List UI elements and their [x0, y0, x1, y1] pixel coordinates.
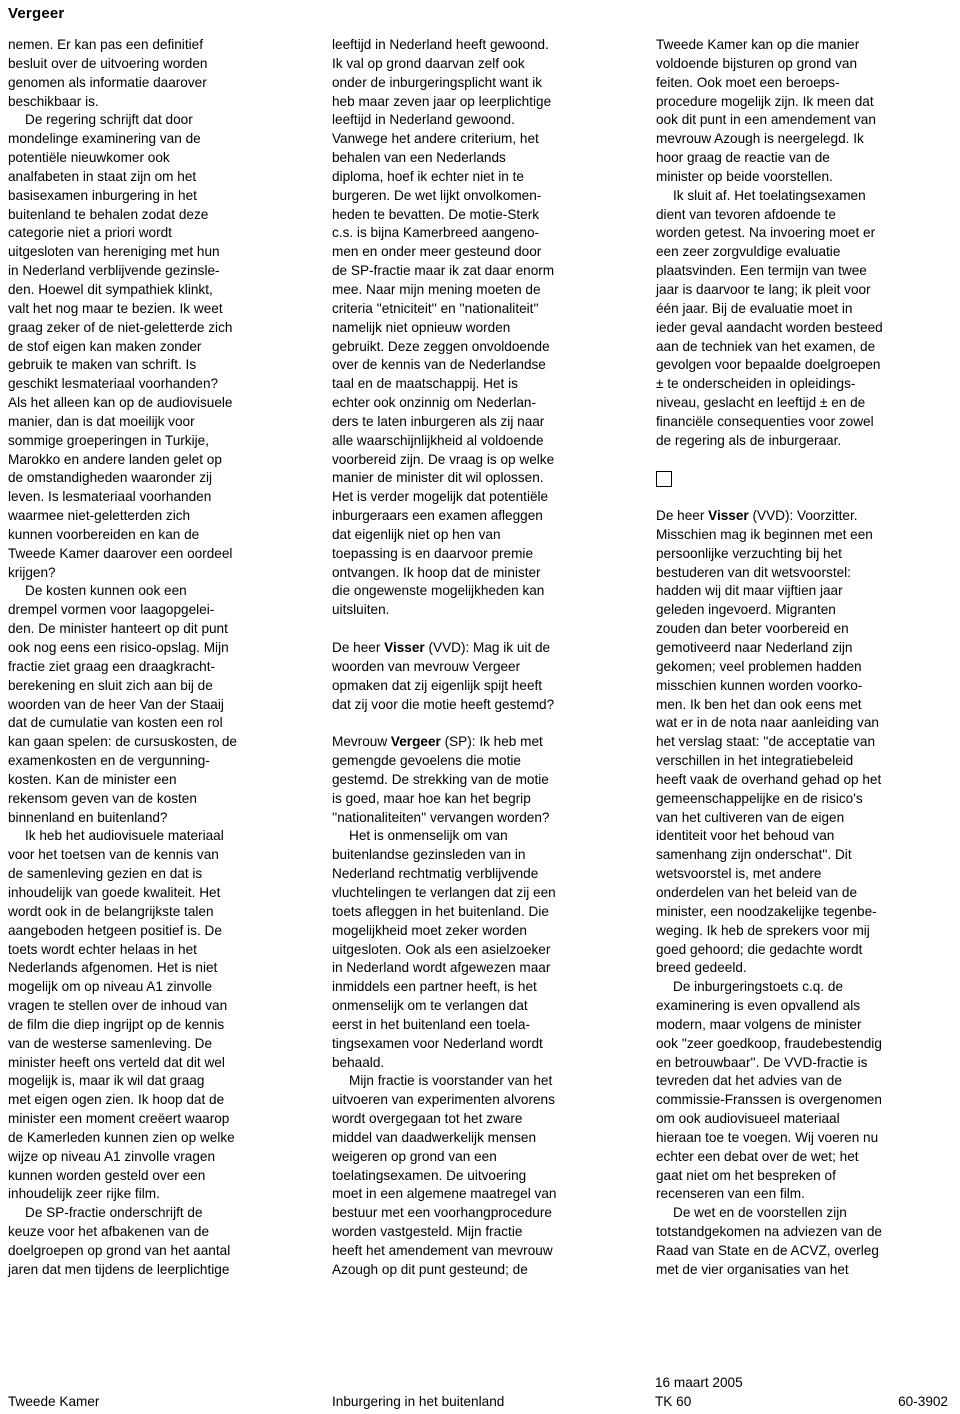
footer-page-number: 60-3902	[898, 1394, 948, 1409]
footer-date: 16 maart 2005	[655, 1375, 743, 1390]
footer-chamber: Tweede Kamer	[8, 1394, 99, 1409]
document-page: Vergeer nemen. Er kan pas een definitief…	[0, 0, 960, 1414]
page-footer: Tweede Kamer Inburgering in het buitenla…	[0, 0, 960, 1414]
footer-session: TK 60	[655, 1394, 691, 1409]
footer-topic: Inburgering in het buitenland	[332, 1394, 504, 1409]
